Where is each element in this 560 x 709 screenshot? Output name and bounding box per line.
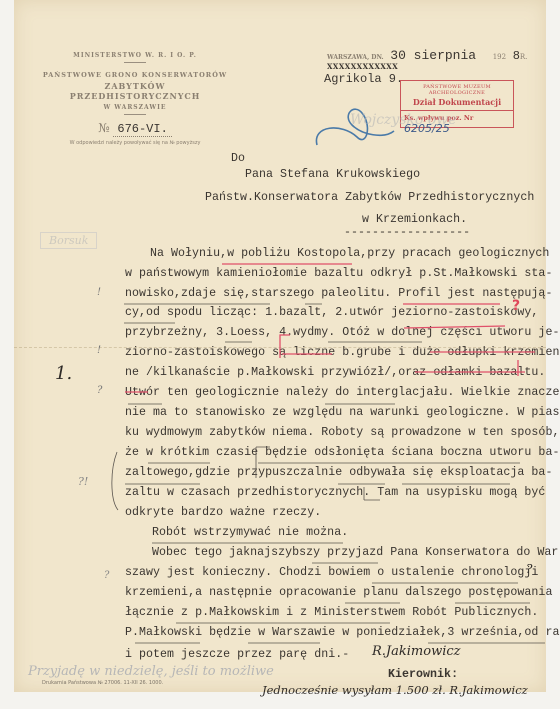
margin-mark: ?! <box>78 475 88 488</box>
margin-question-mark: ? <box>526 562 532 576</box>
signature-handwritten: R.Jakimowicz <box>372 644 461 659</box>
red-question-mark: ? <box>512 298 520 314</box>
pencil-note-bottom: Przyjadę w niedzielę, jeśli to możliwe <box>28 664 274 679</box>
printer-footer: Drukarnia Państwowa № 27006. 11-XII 26. … <box>42 680 163 686</box>
underline-annotations <box>0 0 560 709</box>
margin-mark: ? <box>104 570 109 581</box>
margin-mark: ? <box>97 385 102 396</box>
margin-mark: ! <box>97 345 101 356</box>
margin-numeral: 1. <box>55 363 72 384</box>
margin-mark: ! <box>97 287 101 298</box>
signature-role: Kierownik: <box>388 668 458 681</box>
handwritten-note: Jednocześnie wysyłam 1.500 zł. R.Jakimow… <box>262 683 528 697</box>
